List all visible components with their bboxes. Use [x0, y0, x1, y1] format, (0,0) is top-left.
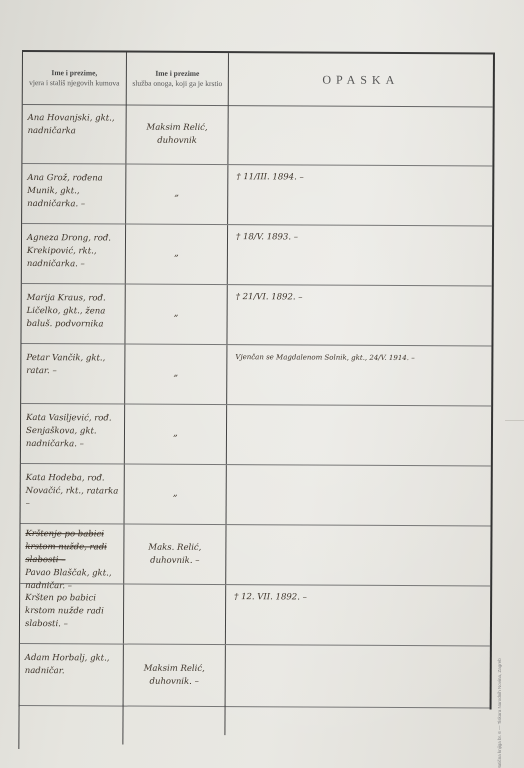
table-row: Adam Horbalj, gkt., nadničar. Maksim Rel… [20, 644, 490, 708]
godparents-cell: Ana Grož, rođena Munik, gkt., nadničarka… [22, 164, 126, 224]
remark-cell [228, 105, 492, 165]
remark-cell: † 12. VII. 1892. – [226, 585, 490, 645]
remark-cell [227, 465, 491, 525]
header-baptizer-title: Ime i prezime [132, 69, 222, 79]
table-row: Kata Hodeba, rođ. Novačić, rkt., ratarka… [21, 464, 491, 526]
table-row: Agneza Drong, rođ. Krekipović, rkt., nad… [22, 224, 492, 286]
remark-cell: † 18/V. 1893. – [228, 225, 492, 285]
paper-fold [505, 420, 524, 421]
godparents-cell: Kršten po babici krstom nužde radi slabo… [20, 584, 124, 644]
godparents-cell: Krštenje po babici krstom nužde, radi sl… [20, 524, 124, 584]
printer-imprint: Matična knjiga br. 6 — Tiskara Narodnih … [497, 600, 507, 768]
table-row: Kršten po babici krstom nužde radi slabo… [20, 584, 490, 646]
godparents-cell: Petar Vančik, gkt., ratar. – [21, 344, 125, 404]
header-godparents: Ime i prezime, vjera i stališ njegovih k… [23, 52, 127, 105]
header-remark-title: OPASKA [322, 75, 399, 85]
table-row: Krštenje po babici krstom nužde, radi sl… [20, 524, 490, 586]
remark-cell: † 11/III. 1894. – [228, 165, 492, 225]
baptizer-cell: „ [125, 405, 227, 465]
header-baptizer-sub: služba onoga, koji ga je krstio [132, 79, 222, 88]
tail-rule [224, 705, 225, 735]
header-godparents-title: Ime i prezime, [29, 68, 119, 78]
table-row: Marija Kraus, rođ. Ličelko, gkt., žena b… [21, 284, 491, 346]
header-remark: OPASKA [229, 53, 493, 106]
baptizer-cell: „ [125, 465, 227, 525]
godparents-cell: Kata Hodeba, rođ. Novačić, rkt., ratarka… [21, 464, 125, 524]
baptizer-cell: „ [126, 225, 228, 285]
baptizer-cell: Maksim Relić, duhovnik [126, 105, 228, 165]
tail-rule [18, 704, 19, 749]
baptizer-cell: „ [126, 165, 228, 225]
header-godparents-sub: vjera i stališ njegovih kumova [29, 78, 119, 87]
baptizer-cell [124, 585, 226, 645]
table-row: Petar Vančik, gkt., ratar. – „ Vjenčan s… [21, 344, 491, 406]
remark-cell: † 21/VI. 1892. – [227, 285, 491, 345]
remark-cell [226, 645, 490, 707]
table-body: Ana Hovanjski, gkt., nadničarka Maksim R… [20, 104, 493, 708]
baptizer-cell: „ [125, 285, 227, 345]
godparents-cell: Agneza Drong, rođ. Krekipović, rkt., nad… [22, 224, 126, 284]
remark-cell [226, 525, 490, 585]
remark-cell: Vjenčan se Magdalenom Solnik, gkt., 24/V… [227, 345, 491, 405]
godparents-cell: Adam Horbalj, gkt., nadničar. [20, 644, 124, 706]
remark-cell [227, 405, 491, 465]
table-header: Ime i prezime, vjera i stališ njegovih k… [23, 52, 493, 107]
godparents-cell: Ana Hovanjski, gkt., nadničarka [22, 104, 126, 164]
table-row: Kata Vasiljević, rođ. Senjaškova, gkt. n… [21, 404, 491, 466]
struck-note: Krštenje po babici krstom nužde, radi sl… [25, 528, 118, 567]
baptizer-cell: Maksim Relić, duhovnik. – [124, 645, 226, 707]
table-row: Ana Grož, rođena Munik, gkt., nadničarka… [22, 164, 492, 226]
register-table: Ime i prezime, vjera i stališ njegovih k… [19, 50, 495, 709]
godparents-cell: Kata Vasiljević, rođ. Senjaškova, gkt. n… [21, 404, 125, 464]
baptizer-cell: „ [125, 345, 227, 405]
header-baptizer: Ime i prezime služba onoga, koji ga je k… [127, 53, 229, 106]
baptizer-cell: Maks. Relić, duhovnik. – [124, 525, 226, 585]
tail-rule [122, 705, 123, 745]
godparents-cell: Marija Kraus, rođ. Ličelko, gkt., žena b… [21, 284, 125, 344]
table-row: Ana Hovanjski, gkt., nadničarka Maksim R… [22, 104, 492, 166]
